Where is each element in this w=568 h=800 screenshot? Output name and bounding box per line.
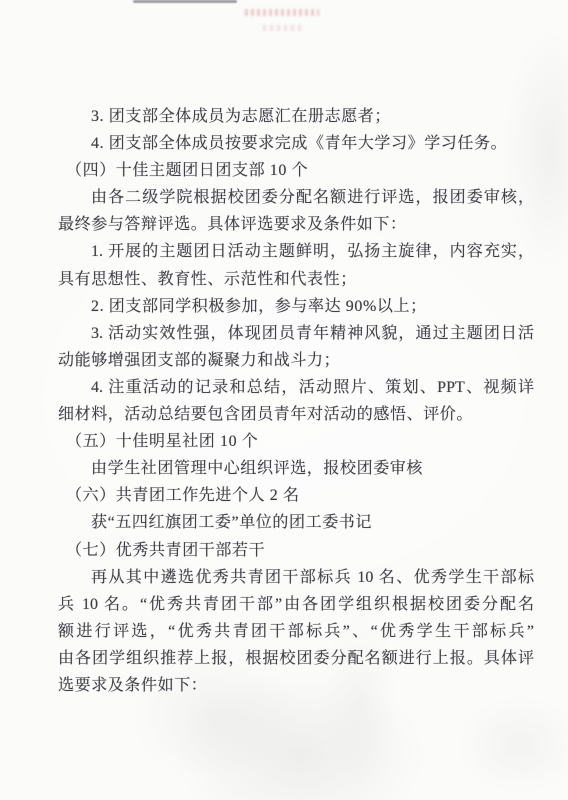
scan-edge-artifact [133,0,237,3]
section-heading: （五）十佳明星社团 10 个 [58,428,534,455]
stamp-watermark-row [245,9,319,16]
text-line: 3. 活动实效性强，体现团员青年精神风貌，通过主题团日活 [58,320,534,347]
section-heading: （七）优秀共青团干部若干 [58,537,534,564]
text-line: 由各团学组织推荐上报，根据校团委分配名额进行上报。具体评 [58,645,534,672]
section-heading: （六）共青团工作先进个人 2 名 [58,482,534,509]
text-line: 由各二级学院根据校团委分配名额进行评选，报团委审核， [58,184,534,211]
text-line: 最终参与答辩评选。具体评选要求及条件如下： [58,211,534,238]
text-line: 1. 开展的主题团日活动主题鲜明，弘扬主旋律，内容充实， [58,238,534,265]
scanned-document-page: 3. 团支部全体成员为志愿汇在册志愿者； 4. 团支部全体成员按要求完成《青年大… [0,0,568,800]
text-line: 选要求及条件如下： [58,672,534,699]
text-line: 动能够增强团支部的凝聚力和战斗力； [58,347,534,374]
text-line: 3. 团支部全体成员为志愿汇在册志愿者； [58,103,534,130]
text-line: 额进行评选，“优秀共青团干部标兵”、“优秀学生干部标兵” [58,618,534,645]
text-line: 兵 10 名。“优秀共青团干部”由各团学组织根据校团委分配名 [58,591,534,618]
text-line: 细材料，活动总结要包含团员青年对活动的感悟、评价。 [58,401,534,428]
text-line: 获“五四红旗团工委”单位的团工委书记 [58,509,534,536]
text-line: 4. 团支部全体成员按要求完成《青年大学习》学习任务。 [58,130,534,157]
text-line: 2. 团支部同学积极参加，参与率达 90%以上； [58,293,534,320]
document-body: 3. 团支部全体成员为志愿汇在册志愿者； 4. 团支部全体成员按要求完成《青年大… [58,103,534,699]
text-line: 具有思想性、教育性、示范性和代表性； [58,266,534,293]
text-line: 4. 注重活动的记录和总结，活动照片、策划、PPT、视频详 [58,374,534,401]
stamp-watermark-row [263,25,303,31]
section-heading: （四）十佳主题团日团支部 10 个 [58,157,534,184]
text-line: 再从其中遴选优秀共青团干部标兵 10 名、优秀学生干部标 [58,564,534,591]
text-line: 由学生社团管理中心组织评选，报校团委审核 [58,455,534,482]
